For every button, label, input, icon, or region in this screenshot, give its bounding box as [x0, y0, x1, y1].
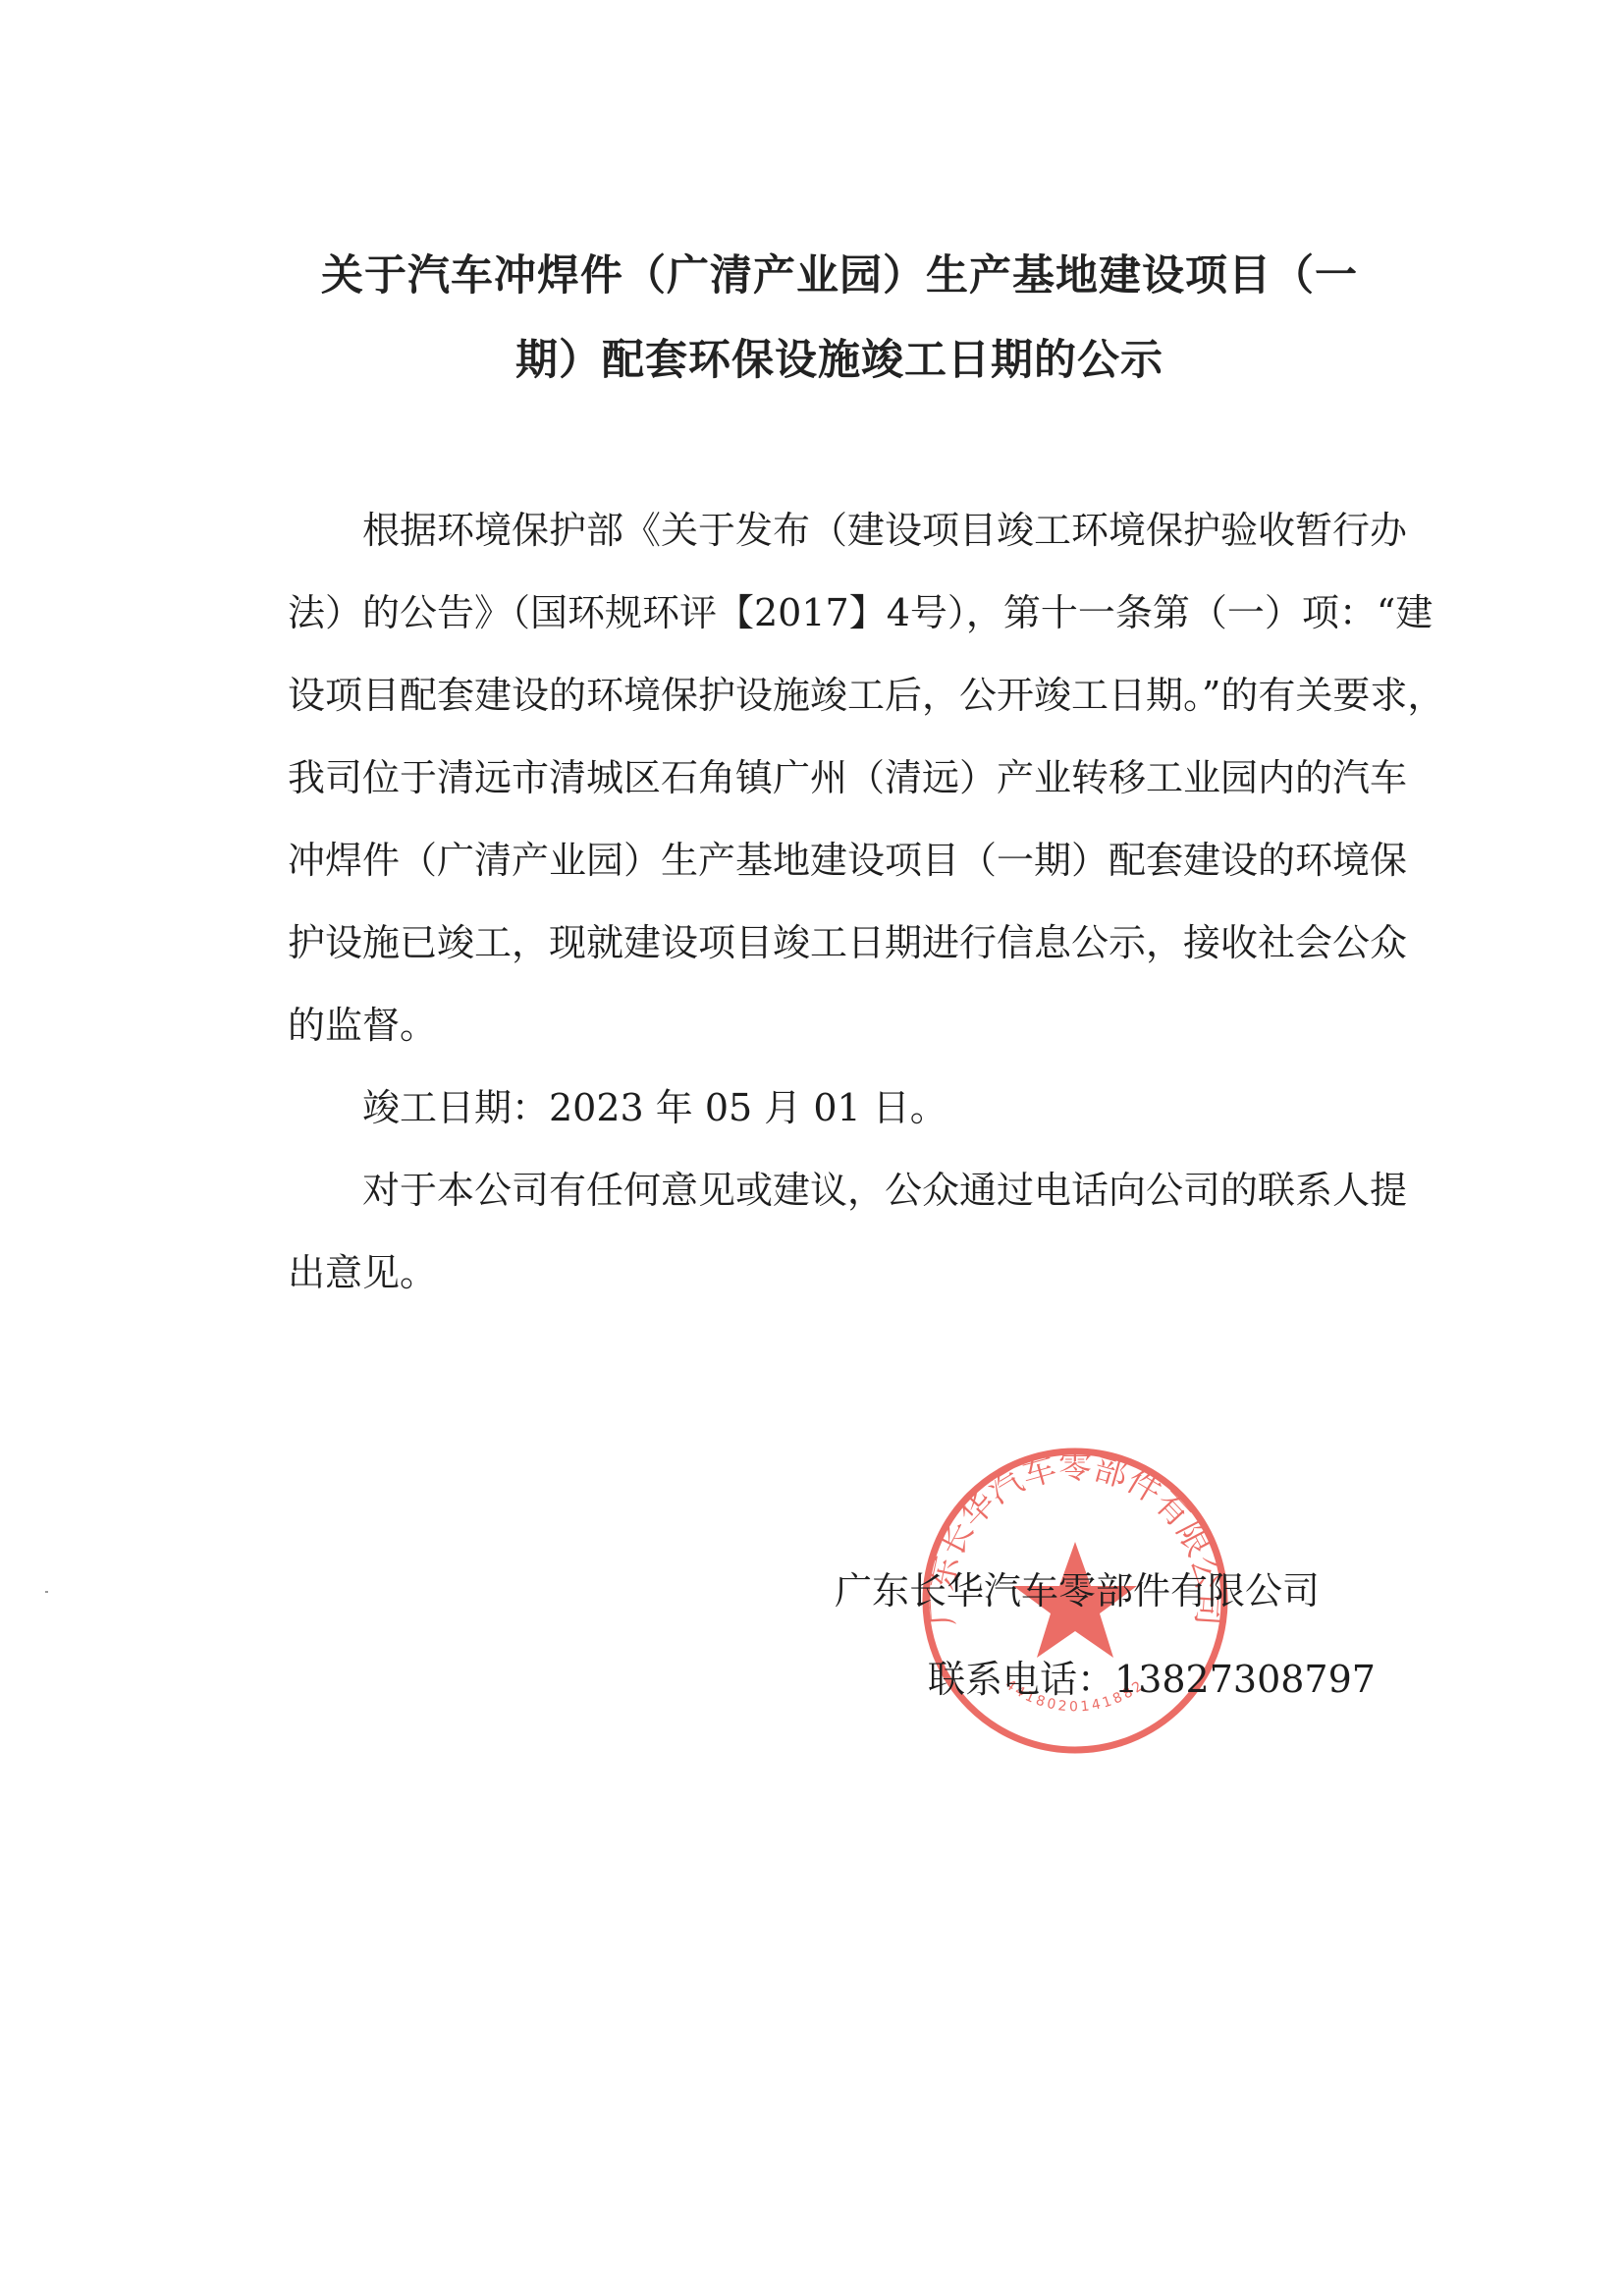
title-line-1: 关于汽车冲焊件（广清产业园）生产基地建设项目（一 — [285, 234, 1394, 318]
body-line: 我司位于清远市清城区石角镇广州（清远）产业转移工业园内的汽车 — [288, 737, 1395, 819]
signature-block: 广东长华汽车零部件有限公司 联系电话：13827308797 — [835, 1547, 1376, 1723]
body-line: 冲焊件（广清产业园）生产基地建设项目（一期）配套建设的环境保 — [288, 819, 1395, 902]
body-line: 对于本公司有任何意见或建议，公众通过电话向公司的联系人提 — [288, 1149, 1395, 1231]
company-name: 广东长华汽车零部件有限公司 — [835, 1547, 1376, 1635]
completion-date: 竣工日期：2023 年 05 月 01 日。 — [288, 1066, 1395, 1149]
document-body: 根据环境保护部《关于发布（建设项目竣工环境保护验收暂行办 法）的公告》（国环规环… — [288, 489, 1395, 1314]
phone-number: 13827308797 — [1114, 1658, 1376, 1701]
body-line: 的监督。 — [288, 984, 1395, 1066]
contact-phone: 联系电话：13827308797 — [835, 1635, 1376, 1723]
paragraph-3: 对于本公司有任何意见或建议，公众通过电话向公司的联系人提 出意见。 — [288, 1149, 1395, 1314]
document-title: 关于汽车冲焊件（广清产业园）生产基地建设项目（一 期）配套环保设施竣工日期的公示 — [285, 234, 1394, 403]
title-line-2: 期）配套环保设施竣工日期的公示 — [285, 318, 1394, 403]
body-line: 根据环境保护部《关于发布（建设项目竣工环境保护验收暂行办 — [288, 489, 1395, 572]
phone-label: 联系电话： — [928, 1658, 1114, 1701]
scan-speck — [45, 1591, 48, 1593]
body-line: 护设施已竣工，现就建设项目竣工日期进行信息公示，接收社会公众 — [288, 902, 1395, 984]
body-line: 设项目配套建设的环境保护设施竣工后，公开竣工日期。”的有关要求， — [288, 654, 1395, 737]
paragraph-1: 根据环境保护部《关于发布（建设项目竣工环境保护验收暂行办 法）的公告》（国环规环… — [288, 489, 1395, 1066]
body-line: 法）的公告》（国环规环评【2017】4号），第十一条第（一）项：“建 — [288, 572, 1395, 654]
body-line: 出意见。 — [288, 1231, 1395, 1314]
